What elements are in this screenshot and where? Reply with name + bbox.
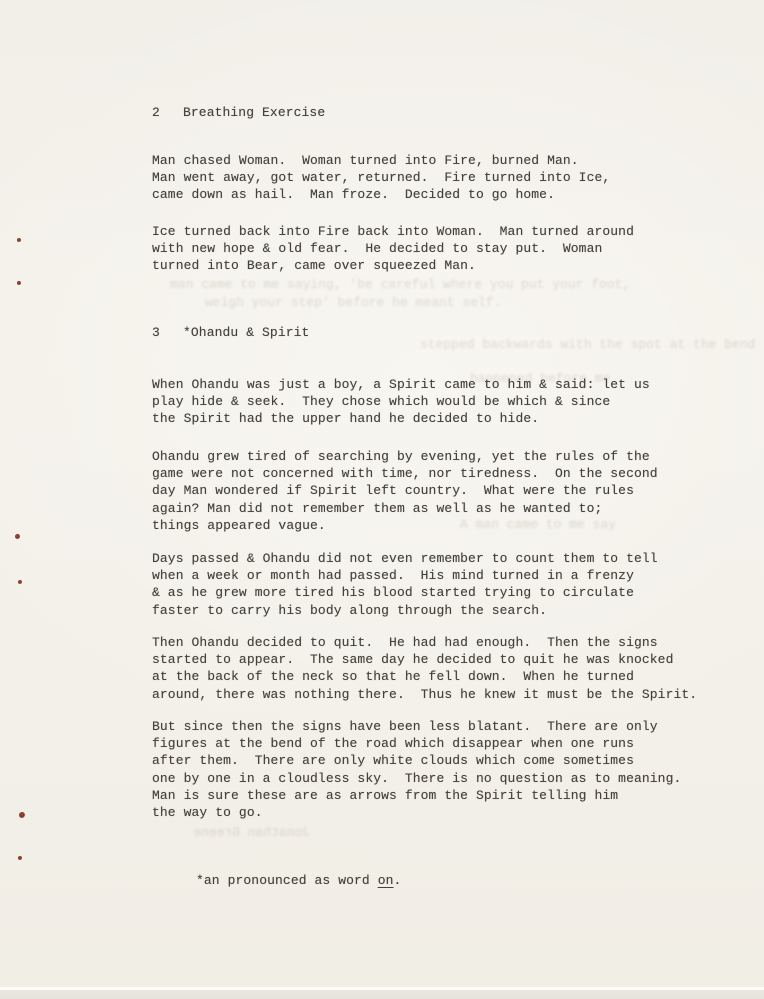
typescript-page: man came to me saying, 'be careful where… xyxy=(0,0,764,988)
bleed-through-text: weigh your step' before he meant self. xyxy=(205,294,501,311)
section-number: 2 xyxy=(152,104,183,121)
footnote: *an pronounced as word on. xyxy=(196,872,696,889)
paragraph: Then Ohandu decided to quit. He had had … xyxy=(152,634,752,703)
section-heading-ohandu: 3*Ohandu & Spirit xyxy=(152,324,752,341)
paragraph: When Ohandu was just a boy, a Spirit cam… xyxy=(152,376,752,428)
rust-speck xyxy=(17,281,21,285)
bleed-through-text: man came to me saying, 'be careful where… xyxy=(170,276,630,293)
footnote-period: . xyxy=(394,873,402,888)
section-number: 3 xyxy=(152,324,183,341)
bleed-through-text: Jonathan Greene xyxy=(193,824,310,841)
footnote-text: *an pronounced as word xyxy=(196,873,378,888)
paragraph: Ice turned back into Fire back into Woma… xyxy=(152,223,752,275)
paragraph: Ohandu grew tired of searching by evenin… xyxy=(152,448,752,534)
rust-speck xyxy=(18,856,22,860)
rust-speck xyxy=(18,580,22,584)
rust-speck xyxy=(19,812,25,818)
paragraph: Man chased Woman. Woman turned into Fire… xyxy=(152,152,752,204)
footnote-underlined-word: on xyxy=(378,873,394,888)
section-title: *Ohandu & Spirit xyxy=(183,325,309,340)
paragraph: But since then the signs have been less … xyxy=(152,718,752,821)
rust-speck xyxy=(17,238,21,242)
section-title: Breathing Exercise xyxy=(183,105,325,120)
paragraph: Days passed & Ohandu did not even rememb… xyxy=(152,550,752,619)
rust-speck xyxy=(15,534,20,539)
under-sheet xyxy=(0,990,764,999)
scanned-document: man came to me saying, 'be careful where… xyxy=(0,0,764,999)
section-heading-breathing: 2Breathing Exercise xyxy=(152,104,752,121)
